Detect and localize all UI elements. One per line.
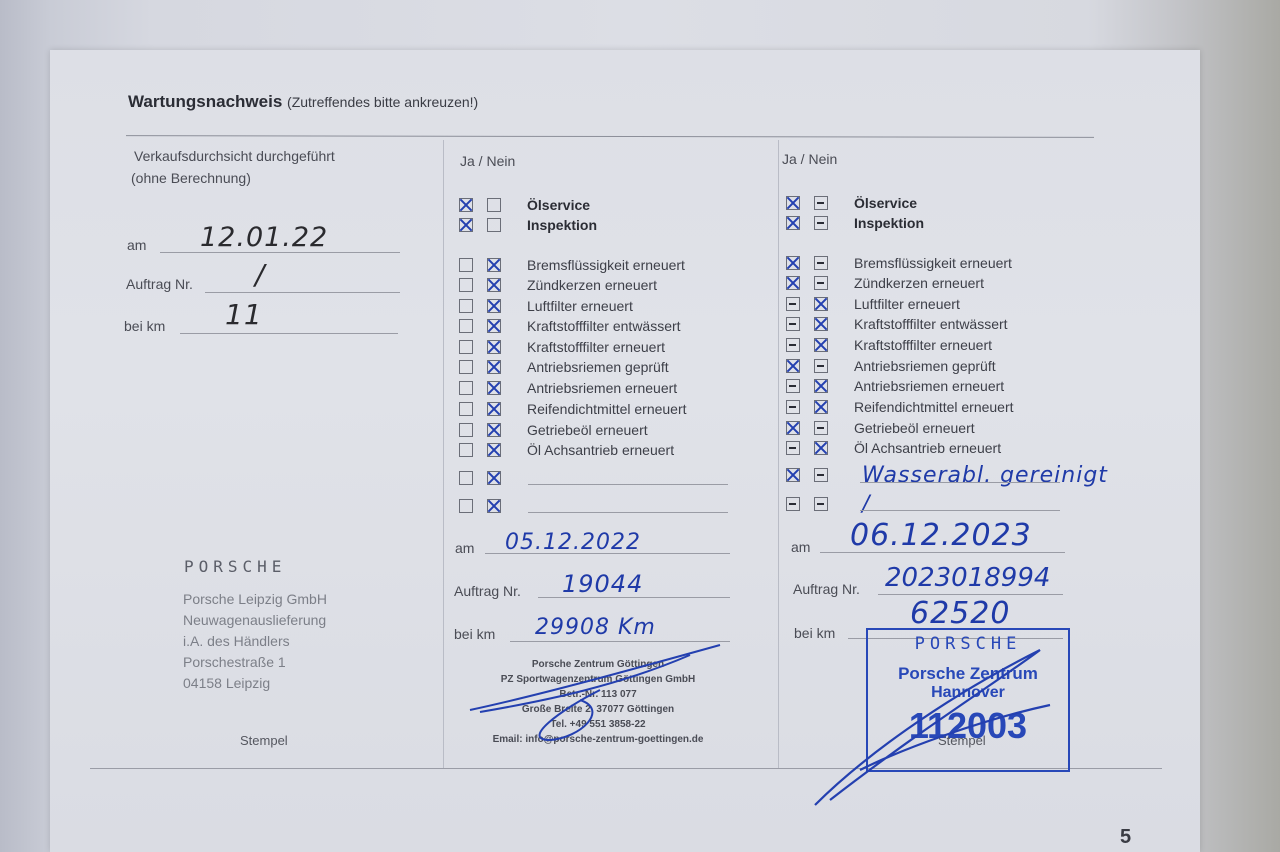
column-divider-2 [778, 140, 779, 768]
checkbox-ja[interactable] [459, 319, 473, 333]
checkbox-nein[interactable] [487, 218, 501, 232]
checklist-label: Antriebsriemen erneuert [527, 380, 677, 396]
checkbox-ja[interactable] [459, 381, 473, 395]
checklist-label: Getriebeöl erneuert [854, 420, 975, 436]
checkbox-ja[interactable] [459, 499, 473, 513]
checklist-row: Öl Achsantrieb erneuert [786, 438, 1001, 458]
checkbox-nein[interactable] [814, 379, 828, 393]
checkbox-ja[interactable] [786, 317, 800, 331]
checkbox-ja[interactable] [459, 299, 473, 313]
checkbox-ja[interactable] [459, 443, 473, 457]
checklist-label: Bremsflüssigkeit erneuert [854, 255, 1012, 271]
checklist-label: Antriebsriemen geprüft [527, 359, 669, 375]
checklist-row: Öl Achsantrieb erneuert [459, 440, 674, 460]
col2-order-label: Auftrag Nr. [454, 583, 521, 599]
col3-order-label: Auftrag Nr. [793, 581, 860, 597]
checkbox-nein[interactable] [814, 196, 828, 210]
title-subtitle: (Zutreffendes bitte ankreuzen!) [287, 94, 478, 110]
checklist-label: Luftfilter erneuert [527, 298, 633, 314]
checklist-label: Zündkerzen erneuert [854, 275, 984, 291]
checkbox-nein[interactable] [487, 423, 501, 437]
page-title: Wartungsnachweis (Zutreffendes bitte ank… [128, 92, 478, 112]
checkbox-ja[interactable] [459, 340, 473, 354]
checkbox-nein[interactable] [814, 421, 828, 435]
dealer-line: i.A. des Händlers [183, 631, 327, 652]
col3-order-line [878, 594, 1063, 595]
col1-date-value[interactable]: 12.01.22 [200, 222, 328, 253]
checklist-row: Inspektion [786, 213, 924, 233]
checkbox-ja[interactable] [786, 256, 800, 270]
porsche-logo: PORSCHE [184, 557, 286, 576]
col2-order-value[interactable]: 19044 [562, 570, 643, 598]
checkbox-ja[interactable] [786, 400, 800, 414]
col2-blank-line-1 [528, 484, 728, 485]
checklist-row: Reifendichtmittel erneuert [786, 397, 1014, 417]
checkbox-ja[interactable] [459, 423, 473, 437]
col2-date-value[interactable]: 05.12.2022 [505, 530, 641, 555]
checkbox-nein[interactable] [487, 402, 501, 416]
checklist-row: Ölservice [459, 195, 590, 215]
checkbox-ja[interactable] [786, 297, 800, 311]
col1-order-line [205, 292, 400, 293]
checklist-row: Zündkerzen erneuert [459, 275, 657, 295]
col3-blank-line-1 [860, 482, 1060, 483]
col2-blank-line-2 [528, 512, 728, 513]
checkbox-nein[interactable] [814, 400, 828, 414]
col1-km-value[interactable]: 11 [225, 298, 263, 331]
checkbox-nein[interactable] [814, 338, 828, 352]
checkbox-nein[interactable] [487, 471, 501, 485]
dealer-line: Porsche Leipzig GmbH [183, 589, 327, 610]
checkbox-nein[interactable] [487, 360, 501, 374]
checkbox-ja[interactable] [459, 360, 473, 374]
col1-heading: Verkaufsdurchsicht durchgeführt [134, 148, 335, 164]
checkbox-ja[interactable] [459, 218, 473, 232]
checklist-row: Antriebsriemen erneuert [786, 376, 1004, 396]
checkbox-nein[interactable] [814, 359, 828, 373]
checklist-label: Kraftstofffilter erneuert [854, 337, 992, 353]
col2-km-value[interactable]: 29908 Km [535, 615, 656, 640]
checklist-label: Antriebsriemen erneuert [854, 378, 1004, 394]
col1-date-label: am [127, 237, 146, 253]
col1-heading-sub: (ohne Berechnung) [131, 170, 251, 186]
checkbox-nein[interactable] [814, 441, 828, 455]
dealer-line: Neuwagenauslieferung [183, 610, 327, 631]
checkbox-ja[interactable] [786, 441, 800, 455]
col2-ja-nein: Ja / Nein [460, 153, 515, 169]
checklist-row: Bremsflüssigkeit erneuert [786, 253, 1012, 273]
checklist-label: Reifendichtmittel erneuert [527, 401, 687, 417]
checklist-row: Antriebsriemen erneuert [459, 378, 677, 398]
col2-date-label: am [455, 540, 474, 556]
checklist-row: Reifendichtmittel erneuert [459, 399, 687, 419]
col1-order-label: Auftrag Nr. [126, 276, 193, 292]
checkbox-nein[interactable] [487, 278, 501, 292]
checklist-row: Luftfilter erneuert [786, 294, 960, 314]
checklist-row: Bremsflüssigkeit erneuert [459, 255, 685, 275]
checkbox-ja[interactable] [459, 198, 473, 212]
col3-signature [800, 640, 1070, 820]
checkbox-ja[interactable] [786, 359, 800, 373]
checklist-label: Öl Achsantrieb erneuert [527, 442, 674, 458]
dealer-address: Porsche Leipzig GmbH Neuwagenauslieferun… [183, 589, 327, 694]
column-divider-1 [443, 140, 444, 768]
checklist-label: Inspektion [527, 217, 597, 233]
col2-signature [460, 640, 730, 750]
checkbox-nein[interactable] [814, 468, 828, 482]
checklist-label: Luftfilter erneuert [854, 296, 960, 312]
col3-date-label: am [791, 539, 810, 555]
checklist-row: Kraftstofffilter erneuert [786, 335, 992, 355]
col1-stamp-label: Stempel [240, 733, 288, 748]
checkbox-ja[interactable] [786, 497, 800, 511]
checkbox-ja[interactable] [786, 276, 800, 290]
checklist-label: Reifendichtmittel erneuert [854, 399, 1014, 415]
checkbox-nein[interactable] [487, 443, 501, 457]
checkbox-nein[interactable] [487, 319, 501, 333]
col3-order-value[interactable]: 2023018994 [885, 563, 1050, 593]
checkbox-nein[interactable] [814, 297, 828, 311]
checklist-label: Kraftstofffilter erneuert [527, 339, 665, 355]
checkbox-nein[interactable] [814, 497, 828, 511]
checklist-label: Getriebeöl erneuert [527, 422, 648, 438]
checkbox-ja[interactable] [786, 379, 800, 393]
checkbox-nein[interactable] [487, 258, 501, 272]
checklist-label: Zündkerzen erneuert [527, 277, 657, 293]
checklist-label: Ölservice [527, 197, 590, 213]
checklist-label: Wasserabl. gereinigt [862, 463, 1108, 488]
checklist-row: Ölservice [786, 193, 917, 213]
col3-km-label: bei km [794, 625, 835, 641]
checklist-label: Ölservice [854, 195, 917, 211]
page-number: 5 [1120, 826, 1131, 849]
checklist-label: Öl Achsantrieb erneuert [854, 440, 1001, 456]
checkbox-ja[interactable] [786, 421, 800, 435]
checklist-row [459, 496, 527, 516]
checklist-row: Antriebsriemen geprüft [786, 356, 996, 376]
checklist-row: Luftfilter erneuert [459, 296, 633, 316]
checklist-row: Zündkerzen erneuert [786, 273, 984, 293]
checklist-label: Bremsflüssigkeit erneuert [527, 257, 685, 273]
dealer-line: 04158 Leipzig [183, 673, 327, 694]
checkbox-nein[interactable] [814, 256, 828, 270]
col3-ja-nein: Ja / Nein [782, 151, 837, 167]
checkbox-ja[interactable] [459, 278, 473, 292]
col1-km-label: bei km [124, 318, 165, 334]
col3-blank-line-2 [860, 510, 1060, 511]
checklist-row: Antriebsriemen geprüft [459, 357, 669, 377]
checkbox-ja[interactable] [786, 338, 800, 352]
checklist-row: Kraftstofffilter entwässert [459, 316, 681, 336]
dealer-line: Porschestraße 1 [183, 652, 327, 673]
checkbox-nein[interactable] [487, 381, 501, 395]
col3-km-value[interactable]: 62520 [910, 596, 1010, 631]
checkbox-ja[interactable] [459, 471, 473, 485]
checklist-label: Kraftstofffilter entwässert [527, 318, 681, 334]
checkbox-ja[interactable] [786, 216, 800, 230]
checklist-label: Kraftstofffilter entwässert [854, 316, 1008, 332]
checkbox-nein[interactable] [487, 198, 501, 212]
checkbox-nein[interactable] [487, 299, 501, 313]
title-text: Wartungsnachweis [128, 92, 282, 111]
checklist-row: Kraftstofffilter erneuert [459, 337, 665, 357]
checklist-row: Kraftstofffilter entwässert [786, 314, 1008, 334]
checkbox-nein[interactable] [814, 216, 828, 230]
checkbox-ja[interactable] [459, 258, 473, 272]
checkbox-nein[interactable] [814, 276, 828, 290]
checklist-row: / [786, 494, 870, 514]
checkbox-ja[interactable] [459, 402, 473, 416]
checklist-label: / [862, 492, 870, 517]
checklist-label: Inspektion [854, 215, 924, 231]
checkbox-nein[interactable] [487, 340, 501, 354]
checklist-row: Inspektion [459, 215, 597, 235]
checklist-row [459, 468, 527, 488]
checkbox-nein[interactable] [487, 499, 501, 513]
col1-km-line [180, 333, 398, 334]
col3-date-value[interactable]: 06.12.2023 [850, 518, 1032, 553]
checkbox-nein[interactable] [814, 317, 828, 331]
checklist-row: Getriebeöl erneuert [459, 420, 648, 440]
checkbox-ja[interactable] [786, 468, 800, 482]
checkbox-ja[interactable] [786, 196, 800, 210]
col1-order-value[interactable]: / [255, 258, 265, 291]
checklist-row: Getriebeöl erneuert [786, 418, 975, 438]
checklist-label: Antriebsriemen geprüft [854, 358, 996, 374]
